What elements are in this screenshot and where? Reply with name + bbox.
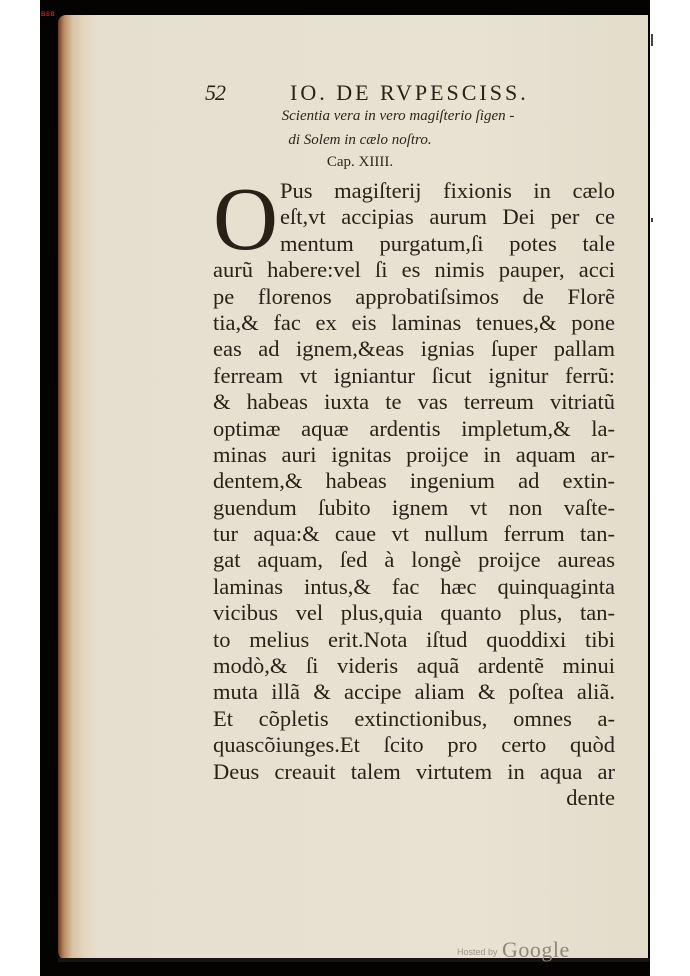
text-line: tia,& fac ex eis laminas tenues,& pone	[213, 310, 615, 336]
google-watermark: Hosted by Google	[457, 937, 570, 963]
text-line: dente	[213, 785, 615, 811]
running-head: IO. DE RVPESCISS.	[290, 80, 529, 106]
scan-edge-tick	[651, 34, 653, 46]
page-header: 52 IO. DE RVPESCISS.	[205, 78, 605, 108]
text-line: Deus creauit talem virtutem in aqua ar	[213, 759, 615, 785]
text-line: minas auri ignitas proijce in aquam ar-	[213, 442, 615, 468]
text-line: aurũ habere:vel ſi es nimis pauper, acci	[213, 257, 615, 283]
body-text: Pus magiſterij fixionis in cælo eſt,vt a…	[213, 178, 615, 811]
text-line: tur aqua:& caue vt nullum ferrum tan-	[213, 521, 615, 547]
text-line: & habeas iuxta te vas terreum vitriatũ	[213, 389, 615, 415]
text-line: laminas intus,& fac hæc quinquaginta	[213, 574, 615, 600]
text-line: eas ad ignem,&eas ignias ſuper pallam	[213, 336, 615, 362]
page-number: 52	[205, 80, 225, 106]
text-line: Et cõpletis extinctionibus, omnes a-	[213, 706, 615, 732]
text-line: guendum ſubito ignem vt non vaſte-	[213, 495, 615, 521]
text-line: pe florenos approbatiſsimos de Florẽ	[213, 284, 615, 310]
chapter-title-line-1: Scientia vera in vero magiſterio ſigen -	[188, 108, 608, 125]
text-line: vicibus vel plus,quia quanto plus, tan-	[213, 600, 615, 626]
text-line: modò,& ſi videris aquã ardentẽ minui	[213, 653, 615, 679]
chapter-title-line-2: di Solem in cælo noſtro.	[195, 132, 525, 149]
text-line: mentum purgatum,ſi potes tale	[213, 231, 615, 257]
text-line: eſt,vt accipias aurum Dei per ce	[213, 204, 615, 230]
text-line: Pus magiſterij fixionis in cælo	[213, 178, 615, 204]
text-line: muta illã & accipe aliam & poſtea aliã.	[213, 679, 615, 705]
scan-edge-tick	[651, 218, 653, 222]
text-line: ferream vt igniantur ſicut ignitur ferrũ…	[213, 363, 615, 389]
text-line: to melius erit.Nota iſtud quoddixi tibi	[213, 627, 615, 653]
text-line: quascõiunges.Et ſcito pro certo quòd	[213, 732, 615, 758]
library-mark: BSB	[41, 12, 55, 18]
chapter-number: Cap. XIIII.	[195, 154, 525, 171]
text-line: optimæ aquæ ardentis impletum,& la-	[213, 416, 615, 442]
text-line: gat aquam, ſed à longè proijce aureas	[213, 547, 615, 573]
hosted-by-label: Hosted by	[457, 947, 498, 957]
text-line: dentem,& habeas ingenium ad extin-	[213, 468, 615, 494]
google-logo: Google	[502, 937, 570, 962]
